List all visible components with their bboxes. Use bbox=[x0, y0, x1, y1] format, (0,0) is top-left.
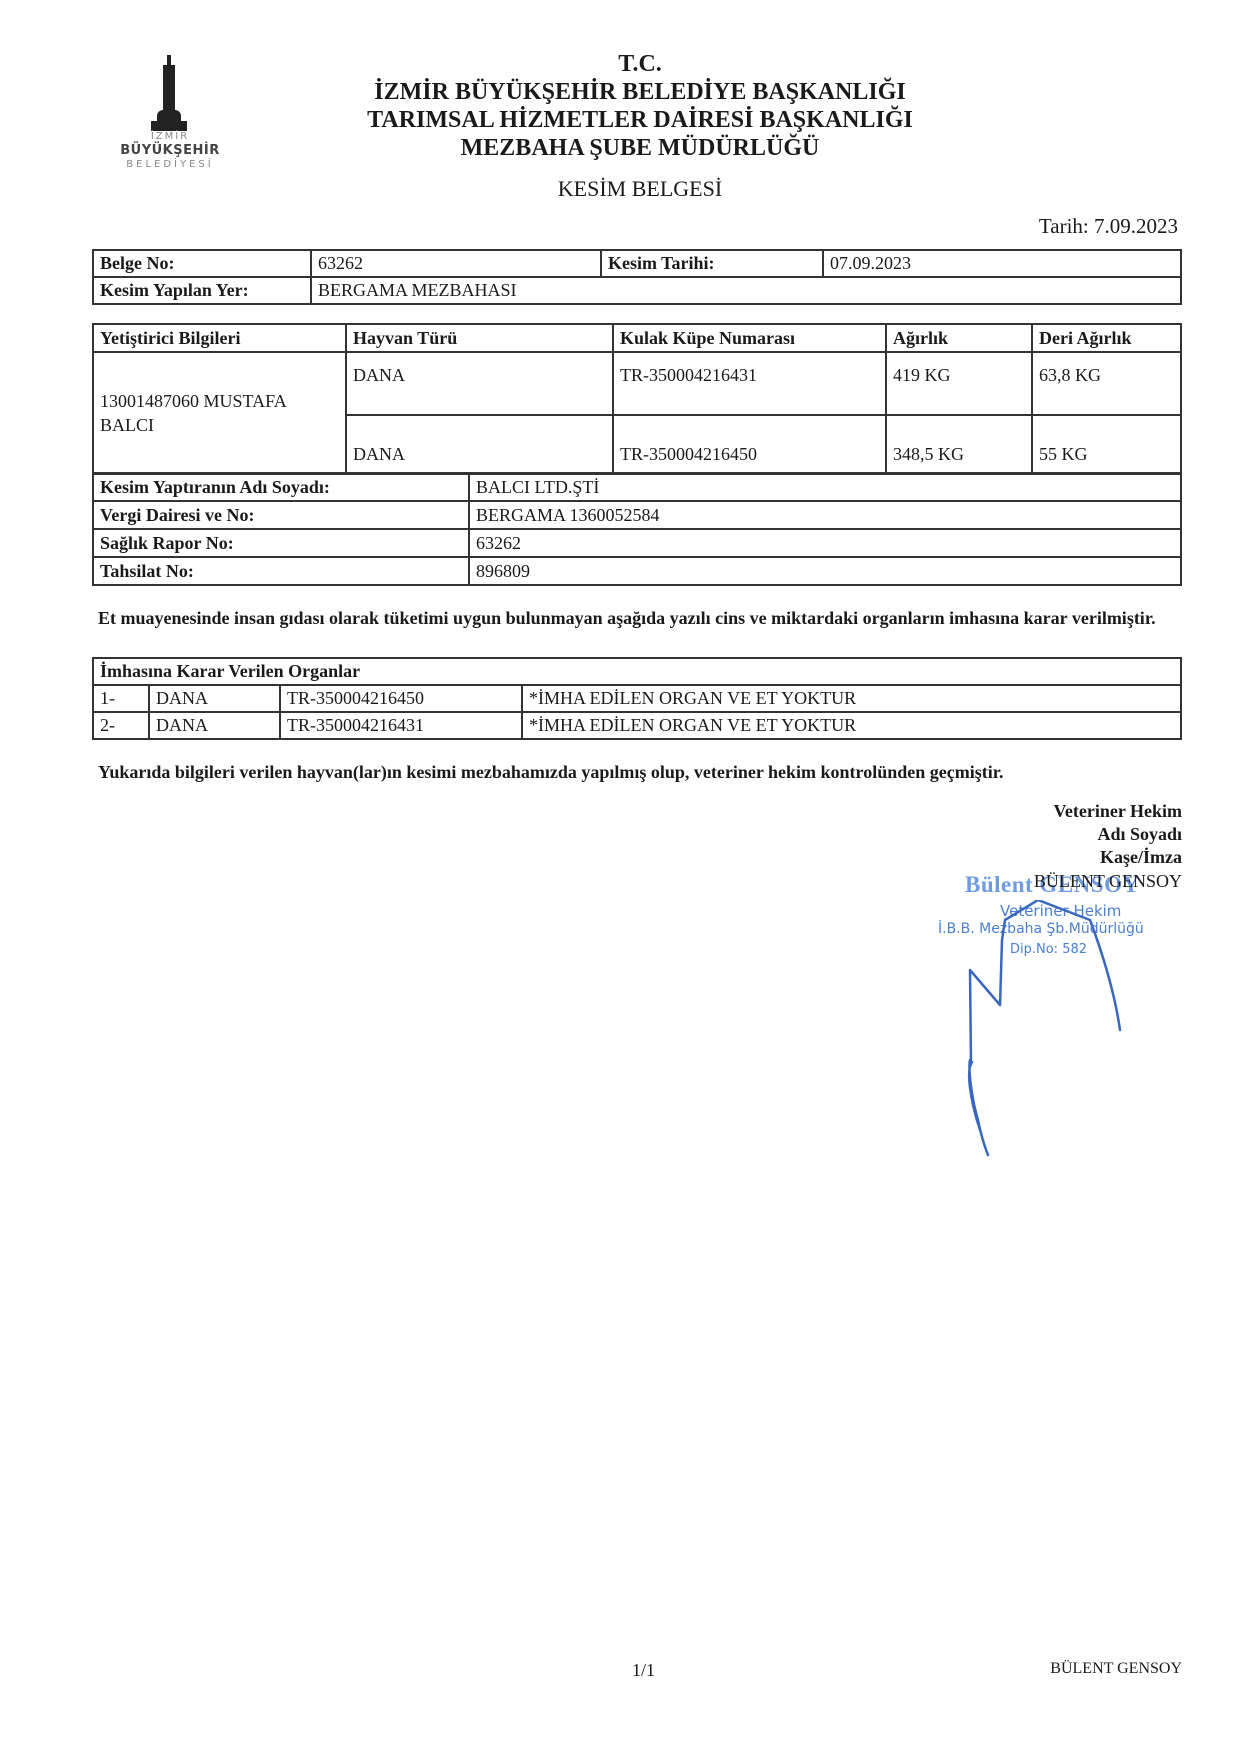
belge-no-value: 63262 bbox=[311, 250, 601, 277]
hide-weight: 55 KG bbox=[1032, 415, 1181, 474]
animals-table: Yetiştirici Bilgileri Hayvan Türü Kulak … bbox=[92, 323, 1182, 475]
footer-name: BÜLENT GENSOY bbox=[1050, 1660, 1182, 1678]
table-row: Kesim Yaptıranın Adı Soyadı: BALCI LTD.Ş… bbox=[93, 473, 1181, 501]
inspection-statement: Et muayenesinde insan gıdası olarak tüke… bbox=[98, 606, 1180, 631]
row-number: 2- bbox=[93, 712, 149, 739]
page-number: 1/1 bbox=[632, 1660, 655, 1681]
health-report-label: Sağlık Rapor No: bbox=[93, 529, 469, 557]
customer-name-label: Kesim Yaptıranın Adı Soyadı: bbox=[93, 473, 469, 501]
header-animal-type: Hayvan Türü bbox=[346, 324, 613, 352]
table-row: Vergi Dairesi ve No: BERGAMA 1360052584 bbox=[93, 501, 1181, 529]
logo-text-izmir: İZMİR bbox=[105, 131, 235, 142]
ear-tag: TR-350004216450 bbox=[613, 415, 886, 474]
kesim-yeri-label: Kesim Yapılan Yer: bbox=[93, 277, 311, 304]
customer-info-table: Kesim Yaptıranın Adı Soyadı: BALCI LTD.Ş… bbox=[92, 472, 1182, 586]
signature-title-stamp: Kaşe/İmza bbox=[1100, 846, 1182, 869]
header-line-branch: MEZBAHA ŞUBE MÜDÜRLÜĞÜ bbox=[300, 134, 980, 162]
document-title: KESİM BELGESİ bbox=[300, 176, 980, 202]
municipality-logo: İZMİR BÜYÜKŞEHİR BELEDİYESİ bbox=[105, 55, 235, 175]
table-row: Sağlık Rapor No: 63262 bbox=[93, 529, 1181, 557]
logo-text-belediyesi: BELEDİYESİ bbox=[105, 159, 235, 170]
kesim-tarihi-value: 07.09.2023 bbox=[823, 250, 1181, 277]
tax-office-value: BERGAMA 1360052584 bbox=[469, 501, 1181, 529]
ear-tag: TR-350004216431 bbox=[613, 352, 886, 415]
header-weight: Ağırlık bbox=[886, 324, 1032, 352]
document-info-table: Belge No: 63262 Kesim Tarihi: 07.09.2023… bbox=[92, 249, 1182, 305]
header-line-department: TARIMSAL HİZMETLER DAİRESİ BAŞKANLIĞI bbox=[300, 106, 980, 134]
ear-tag: TR-350004216450 bbox=[280, 685, 522, 712]
animal-type: DANA bbox=[149, 712, 280, 739]
belge-no-label: Belge No: bbox=[93, 250, 311, 277]
weight: 348,5 KG bbox=[886, 415, 1032, 474]
ear-tag: TR-350004216431 bbox=[280, 712, 522, 739]
kesim-tarihi-label: Kesim Tarihi: bbox=[601, 250, 823, 277]
animal-type: DANA bbox=[346, 415, 613, 474]
vet-name: BÜLENT GENSOY bbox=[1034, 871, 1182, 892]
customer-name-value: BALCI LTD.ŞTİ bbox=[469, 473, 1181, 501]
breeder-info: 13001487060 MUSTAFA BALCI bbox=[93, 352, 346, 474]
header-breeder: Yetiştirici Bilgileri bbox=[93, 324, 346, 352]
collection-no-value: 896809 bbox=[469, 557, 1181, 585]
tax-office-label: Vergi Dairesi ve No: bbox=[93, 501, 469, 529]
row-number: 1- bbox=[93, 685, 149, 712]
destroyed-organs-table: İmhasına Karar Verilen Organlar 1- DANA … bbox=[92, 657, 1182, 740]
destroy-note: *İMHA EDİLEN ORGAN VE ET YOKTUR bbox=[522, 685, 1181, 712]
header-line-municipality: İZMİR BÜYÜKŞEHİR BELEDİYE BAŞKANLIĞI bbox=[300, 78, 980, 106]
signature-title-name: Adı Soyadı bbox=[1097, 823, 1182, 846]
header-ear-tag: Kulak Küpe Numarası bbox=[613, 324, 886, 352]
destroyed-organs-title: İmhasına Karar Verilen Organlar bbox=[93, 658, 1181, 685]
animal-type: DANA bbox=[346, 352, 613, 415]
table-row: 13001487060 MUSTAFA BALCI DANA TR-350004… bbox=[93, 352, 1181, 415]
handwritten-signature-icon bbox=[930, 900, 1130, 1160]
health-report-value: 63262 bbox=[469, 529, 1181, 557]
destroy-note: *İMHA EDİLEN ORGAN VE ET YOKTUR bbox=[522, 712, 1181, 739]
document-date: Tarih: 7.09.2023 bbox=[1039, 214, 1178, 239]
animal-type: DANA bbox=[149, 685, 280, 712]
table-row: 1- DANA TR-350004216450 *İMHA EDİLEN ORG… bbox=[93, 685, 1181, 712]
hide-weight: 63,8 KG bbox=[1032, 352, 1181, 415]
header-hide-weight: Deri Ağırlık bbox=[1032, 324, 1181, 352]
confirmation-statement: Yukarıda bilgileri verilen hayvan(lar)ın… bbox=[98, 762, 1004, 783]
table-row: 2- DANA TR-350004216431 *İMHA EDİLEN ORG… bbox=[93, 712, 1181, 739]
table-row: Tahsilat No: 896809 bbox=[93, 557, 1181, 585]
header-line-tc: T.C. bbox=[300, 50, 980, 78]
kesim-yeri-value: BERGAMA MEZBAHASI bbox=[311, 277, 1181, 304]
weight: 419 KG bbox=[886, 352, 1032, 415]
logo-text-buyuksehir: BÜYÜKŞEHİR bbox=[105, 143, 235, 158]
collection-no-label: Tahsilat No: bbox=[93, 557, 469, 585]
signature-title-vet: Veteriner Hekim bbox=[1054, 800, 1182, 823]
